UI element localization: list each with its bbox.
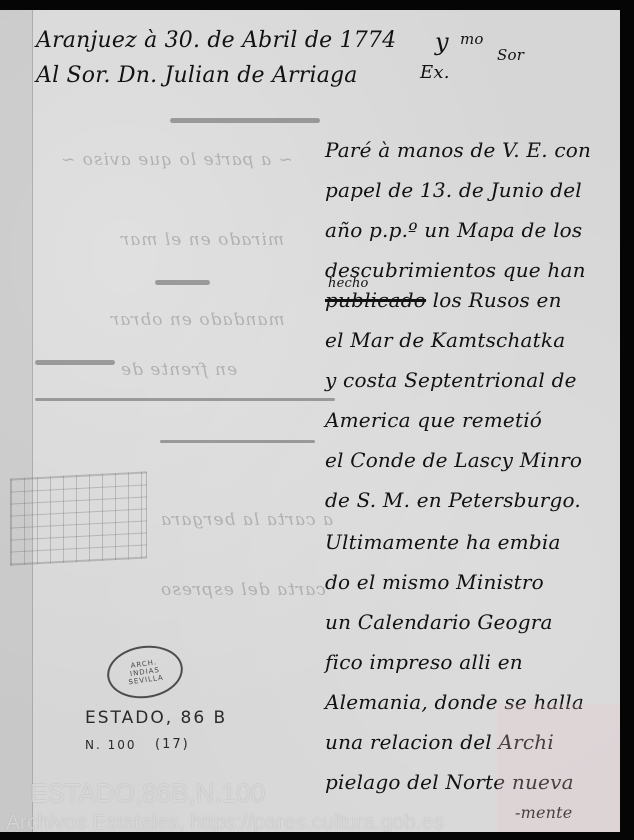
salutation-y: y [435,28,449,56]
body-line-10: de S. M. en Petersburgo. [325,488,581,512]
body-line-12: do el mismo Ministro [325,570,544,594]
scan-color-patch [497,704,621,832]
bleed-through-stroke [160,440,315,443]
shelfmark-number: N. 100 [85,738,137,752]
body-line-11: Ultimamente ha embia [325,530,561,554]
struck-word: publicado [325,288,426,312]
salutation-sor: Sor [497,46,524,64]
bleed-through-text: en frente de [120,360,237,380]
salutation-mo: mo [460,30,484,48]
body-line-1: Paré à manos de V. E. con [325,138,591,162]
body-line-5: publicado los Rusos en [325,288,562,312]
body-line-3: año p.p.º un Mapa de los [325,218,582,242]
bleed-through-stroke [35,360,115,365]
bleed-through-text: mirado en el mar [120,230,284,250]
body-line-2: papel de 13. de Junio del [325,178,582,202]
shelfmark-estado: ESTADO, 86 B [85,708,227,728]
body-line-7: y costa Septentrional de [325,368,577,392]
letter-recipient: Al Sor. Dn. Julian de Arriaga [36,63,358,88]
body-line-8: America que remetió [325,408,542,432]
bleed-through-text: mandado en obrar [110,310,285,330]
scan-border-right [620,0,634,840]
body-line-14: fico impreso alli en [325,650,523,674]
body-line-6: el Mar de Kamtschatka [325,328,565,352]
grid-sketch-bleed [10,471,147,565]
scan-border-bottom [0,832,634,840]
bleed-through-text: a carta la bergara [160,510,333,530]
bleed-through-stroke [170,118,320,123]
salutation-ex: Ex. [420,62,450,83]
bleed-through-stroke [155,280,210,285]
bleed-through-text: carta del espreso [160,580,326,600]
watermark-reference: ESTADO,86B,N.100 [30,778,265,809]
body-line-13: un Calendario Geogra [325,610,553,634]
letter-place-date: Aranjuez à 30. de Abril de 1774 [36,28,396,53]
left-margin [0,10,32,832]
body-line-9: el Conde de Lascy Minro [325,448,582,472]
fold-line [32,10,33,832]
bleed-through-stroke [35,398,335,401]
shelfmark-folio: (17) [155,737,190,752]
body-line-5-rest: los Rusos en [426,288,562,312]
bleed-through-text: ~ a parte lo que aviso ~ [60,150,293,170]
